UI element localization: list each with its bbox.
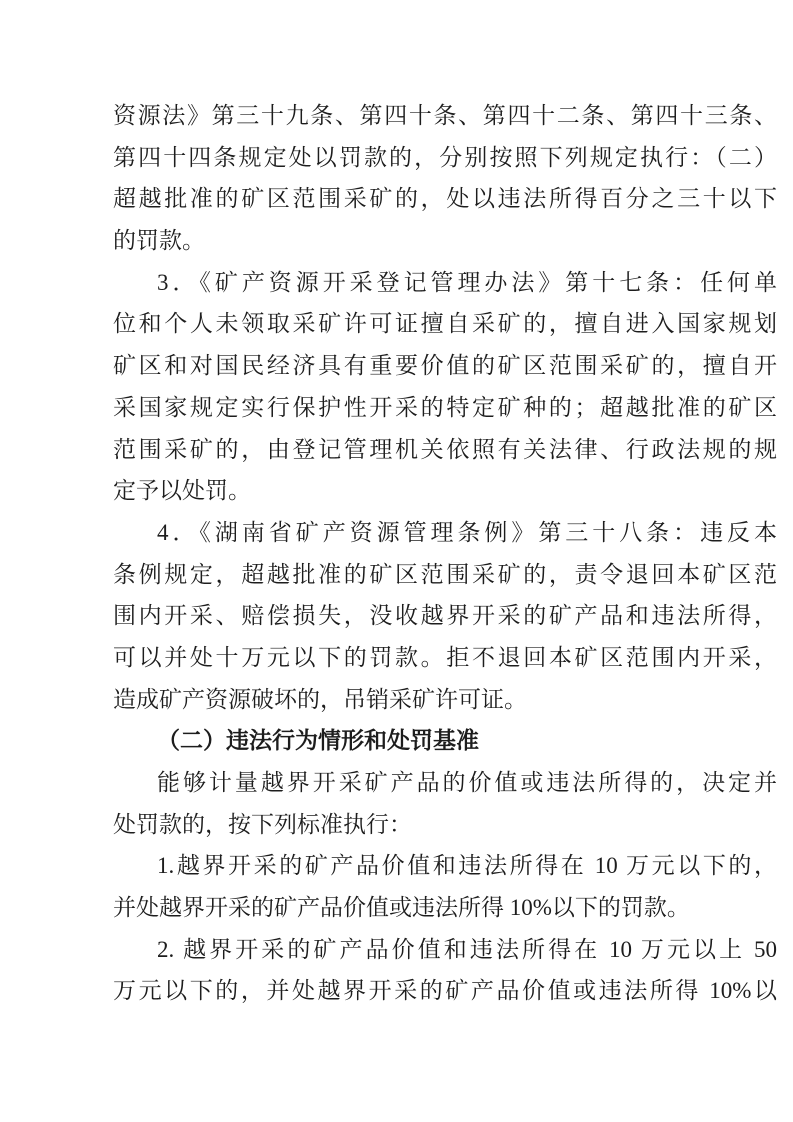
- section-heading-text: （二）违法行为情形和处罚基准: [113, 720, 777, 762]
- text-line: 资源法》第三十九条、第四十条、第四十二条、第四十三条、: [113, 95, 777, 137]
- text-line: 矿区和对国民经济具有重要价值的矿区范围采矿的，擅自开: [113, 345, 777, 387]
- text-line: 超越批准的矿区范围采矿的，处以违法所得百分之三十以下: [113, 178, 777, 220]
- text-line: 并处越界开采的矿产品价值或违法所得 10%以下的罚款。: [113, 887, 777, 929]
- paragraph-continuation: 资源法》第三十九条、第四十条、第四十二条、第四十三条、 第四十四条规定处以罚款的…: [113, 95, 777, 262]
- paragraph-item-3: 3．《矿产资源开采登记管理办法》第十七条：任何单 位和个人未领取采矿许可证擅自采…: [113, 262, 777, 512]
- text-line: 能够计量越界开采矿产品的价值或违法所得的，决定并: [113, 762, 777, 804]
- text-line: 范围采矿的，由登记管理机关依照有关法律、行政法规的规: [113, 429, 777, 471]
- text-line: 定予以处罚。: [113, 470, 777, 512]
- document-page: 资源法》第三十九条、第四十条、第四十二条、第四十三条、 第四十四条规定处以罚款的…: [0, 0, 793, 1122]
- text-line: 第四十四条规定处以罚款的，分别按照下列规定执行：（二）: [113, 137, 777, 179]
- text-line: 采国家规定实行保护性开采的特定矿种的；超越批准的矿区: [113, 387, 777, 429]
- paragraph-standard-2: 2. 越界开采的矿产品价值和违法所得在 10 万元以上 50 万元以下的，并处越…: [113, 929, 777, 1012]
- text-line: 处罚款的，按下列标准执行：: [113, 804, 777, 846]
- text-line: 3．《矿产资源开采登记管理办法》第十七条：任何单: [113, 262, 777, 304]
- text-line: 造成矿产资源破坏的，吊销采矿许可证。: [113, 679, 777, 721]
- paragraph-standard-1: 1.越界开采的矿产品价值和违法所得在 10 万元以下的， 并处越界开采的矿产品价…: [113, 845, 777, 928]
- text-line: 条例规定，超越批准的矿区范围采矿的，责令退回本矿区范: [113, 554, 777, 596]
- text-line: 可以并处十万元以下的罚款。拒不退回本矿区范围内开采，: [113, 637, 777, 679]
- text-line: 的罚款。: [113, 220, 777, 262]
- paragraph-intro: 能够计量越界开采矿产品的价值或违法所得的，决定并 处罚款的，按下列标准执行：: [113, 762, 777, 845]
- section-heading: （二）违法行为情形和处罚基准: [113, 720, 777, 762]
- paragraph-item-4: 4．《湖南省矿产资源管理条例》第三十八条：违反本 条例规定，超越批准的矿区范围采…: [113, 512, 777, 720]
- text-line: 位和个人未领取采矿许可证擅自采矿的，擅自进入国家规划: [113, 303, 777, 345]
- text-line: 4．《湖南省矿产资源管理条例》第三十八条：违反本: [113, 512, 777, 554]
- text-line: 万元以下的，并处越界开采的矿产品价值或违法所得 10%以: [113, 970, 777, 1012]
- text-line: 2. 越界开采的矿产品价值和违法所得在 10 万元以上 50: [113, 929, 777, 971]
- text-block: 资源法》第三十九条、第四十条、第四十二条、第四十三条、 第四十四条规定处以罚款的…: [113, 95, 777, 1012]
- text-line: 1.越界开采的矿产品价值和违法所得在 10 万元以下的，: [113, 845, 777, 887]
- text-line: 围内开采、赔偿损失，没收越界开采的矿产品和违法所得，: [113, 595, 777, 637]
